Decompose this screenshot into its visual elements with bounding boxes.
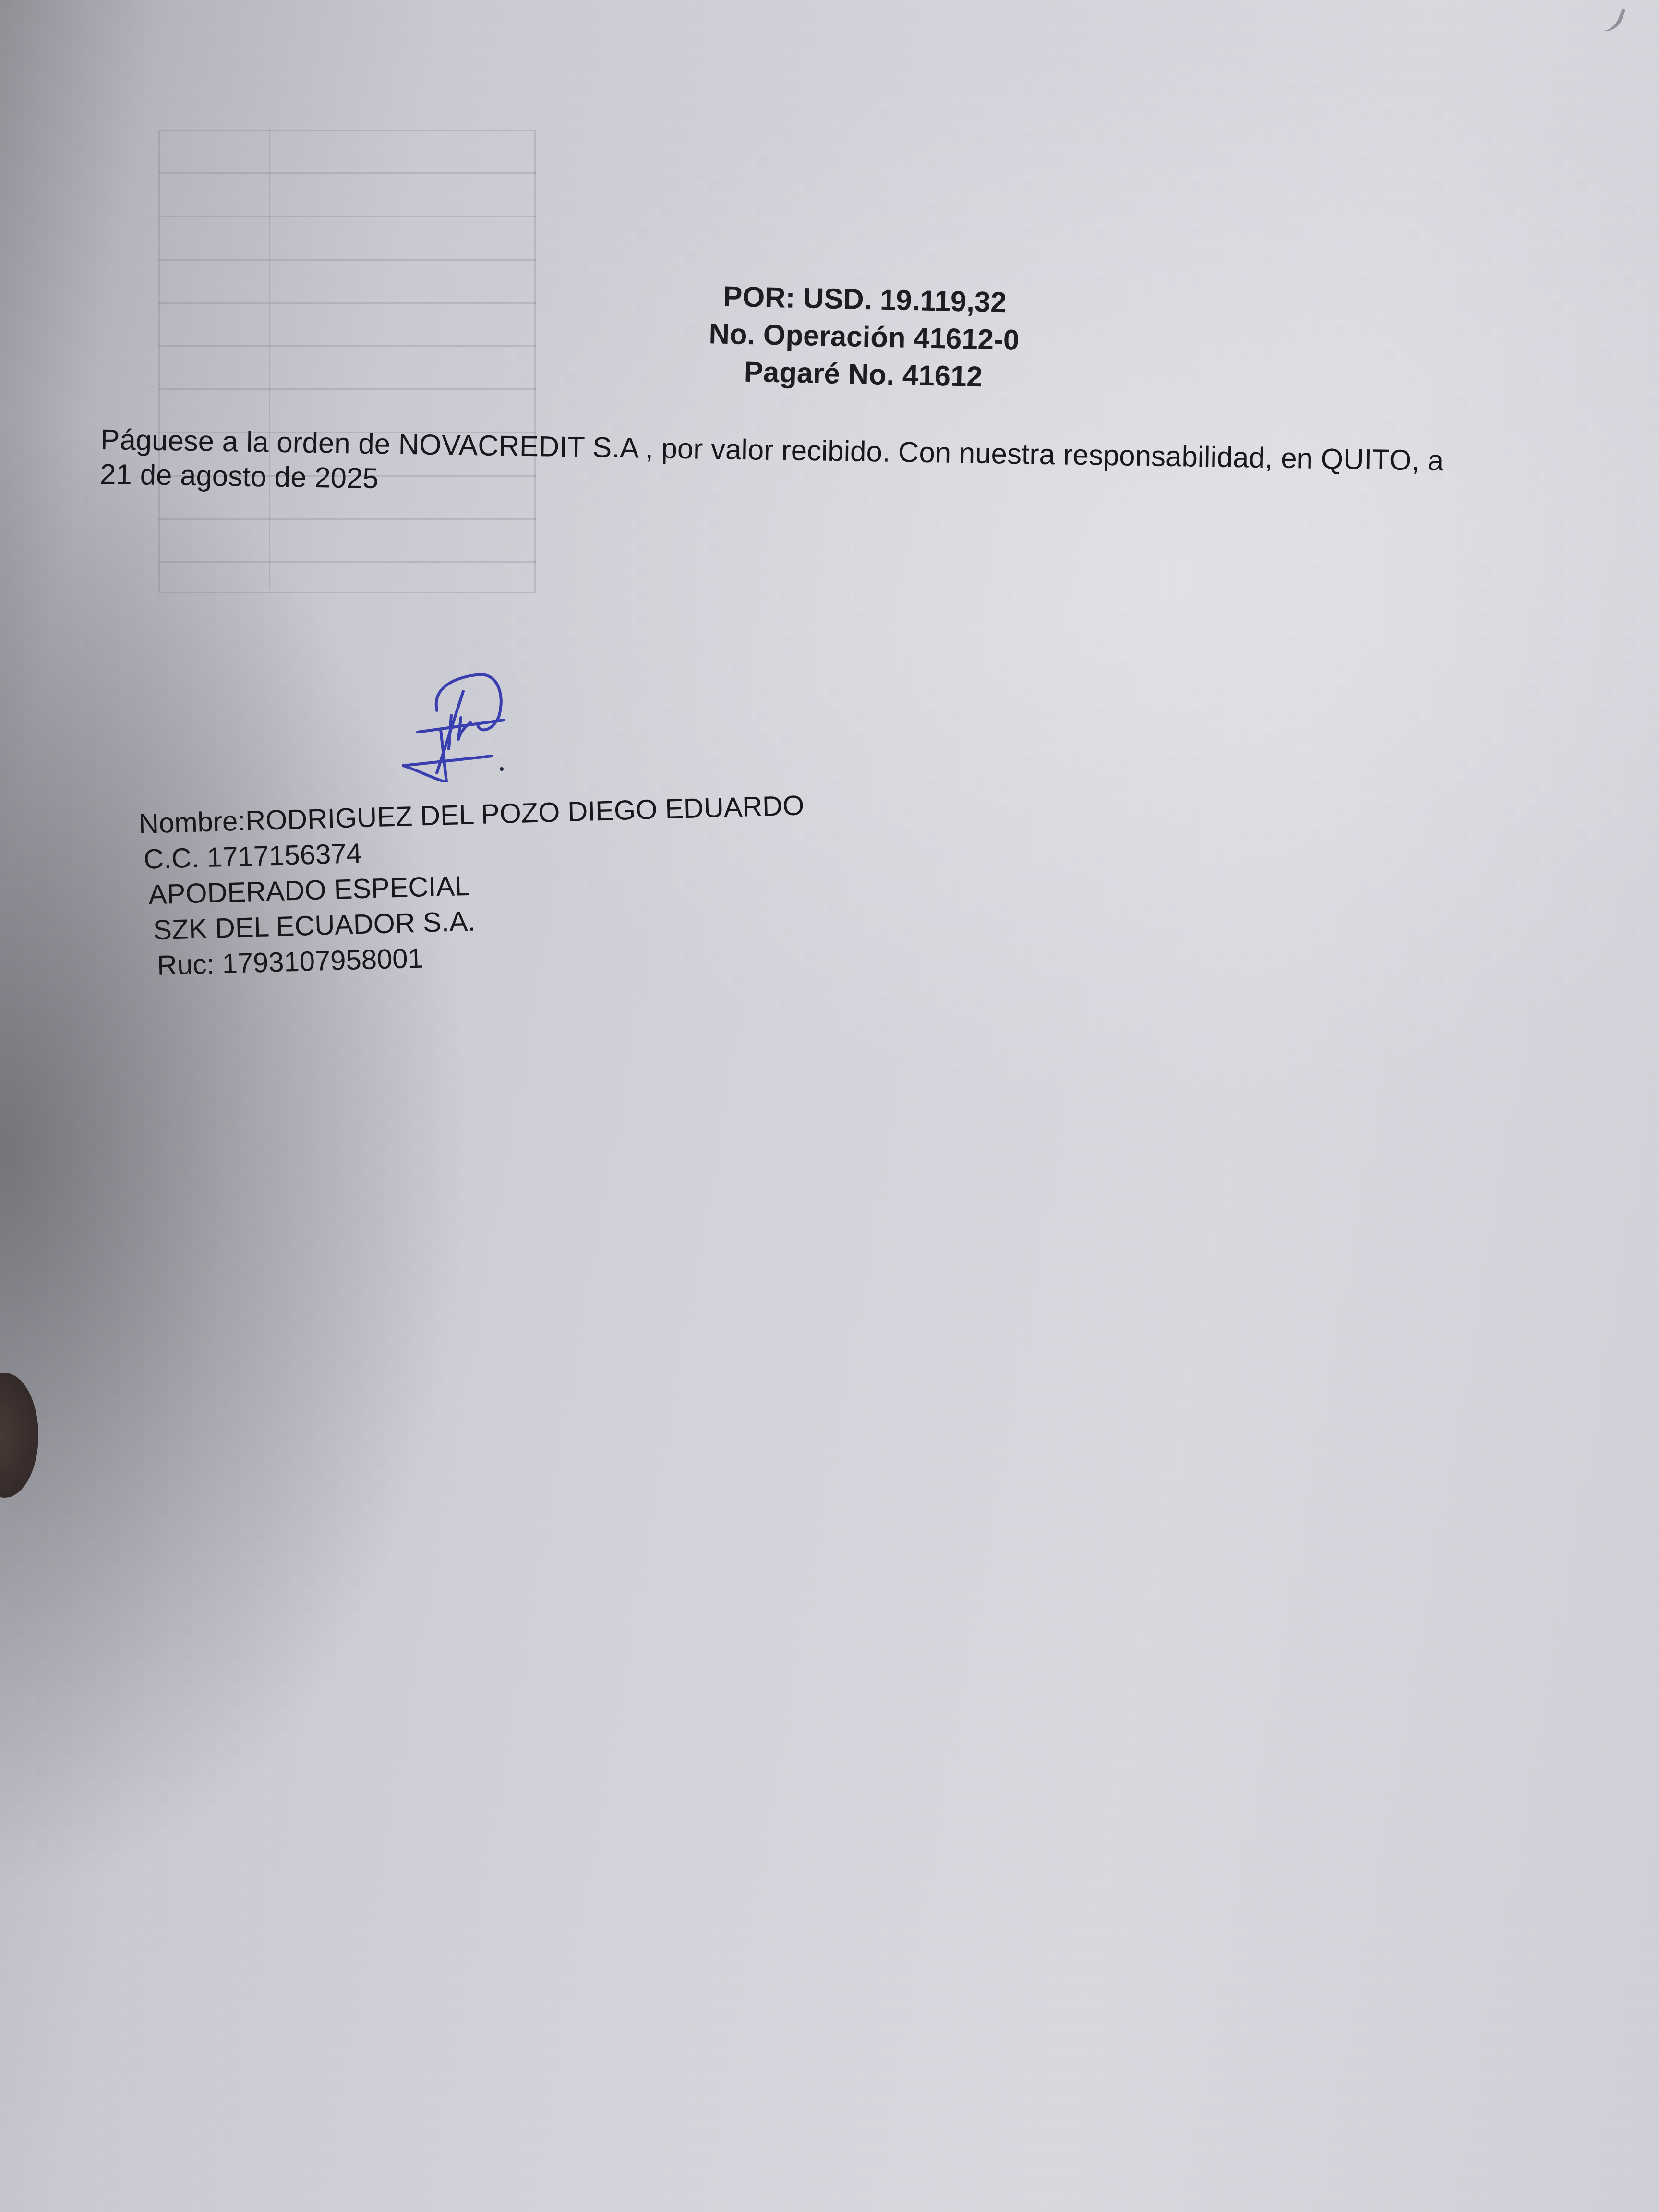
note-header: POR: USD. 19.119,32 No. Operación 41612-… bbox=[681, 277, 1048, 397]
show-through-table bbox=[158, 130, 536, 593]
show-through-table-divider bbox=[269, 130, 270, 590]
handwritten-signature-icon bbox=[365, 658, 509, 782]
signer-block: Nombre:RODRIGUEZ DEL POZO DIEGO EDUARDO … bbox=[138, 788, 809, 984]
promissory-note-number-line: Pagaré No. 41612 bbox=[681, 352, 1046, 397]
paper-page: POR: USD. 19.119,32 No. Operación 41612-… bbox=[0, 0, 1659, 2212]
operation-number-line: No. Operación 41612-0 bbox=[681, 314, 1046, 360]
fingertip-in-frame bbox=[0, 1373, 38, 1498]
paper-corner-mark bbox=[1594, 2, 1626, 37]
